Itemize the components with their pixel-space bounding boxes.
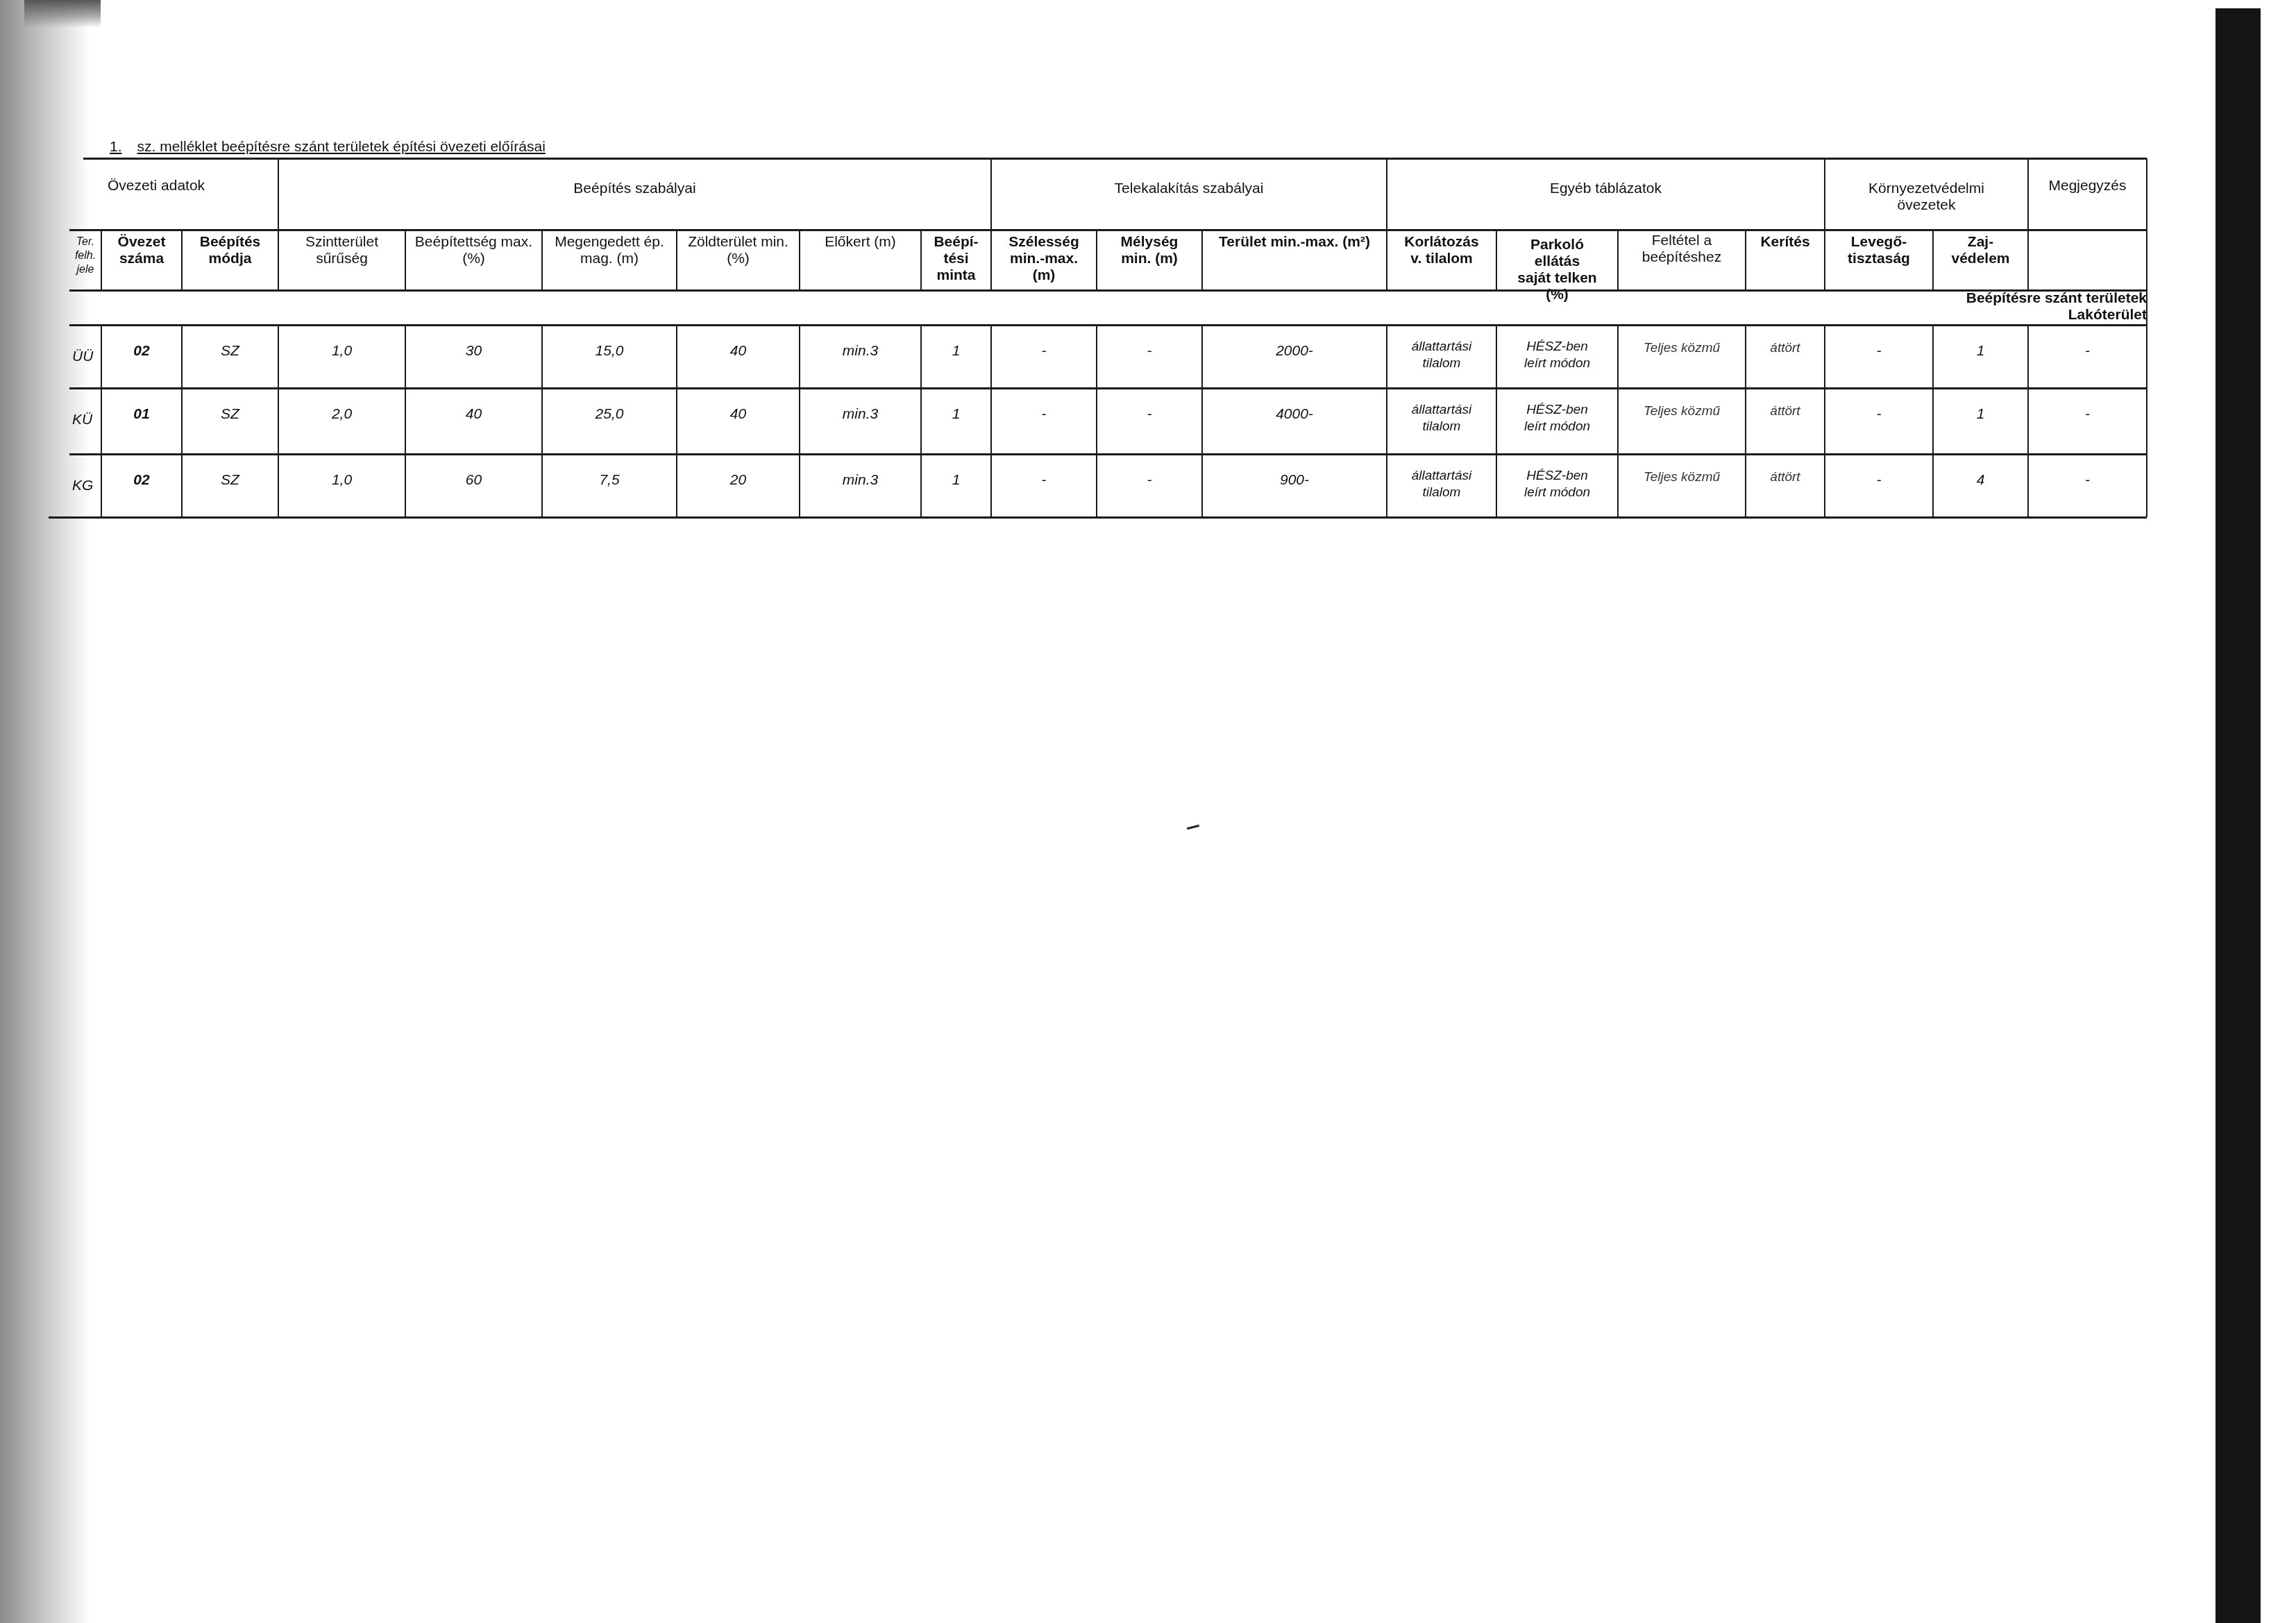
column-divider [2027, 325, 2029, 517]
column-divider [1201, 325, 1203, 517]
column-divider [278, 325, 279, 517]
table-cell: - [2028, 454, 2147, 517]
row-rule [69, 387, 2147, 389]
table-cell: 60 [405, 454, 542, 517]
group-header: Egyéb táblázatok [1387, 158, 1825, 230]
column-divider [990, 325, 992, 517]
column-divider [541, 325, 543, 517]
section-label-line2: Lakóterület [1966, 307, 2147, 323]
column-divider [101, 230, 102, 290]
column-header: Ter. felh. jele [69, 230, 101, 290]
group-header: Megjegyzés [2028, 158, 2147, 230]
column-divider [405, 230, 406, 290]
column-divider [676, 230, 677, 290]
table-cell: 1 [1933, 325, 2028, 388]
column-header-rule [69, 289, 2147, 292]
column-divider [1745, 230, 1746, 290]
table-cell: 25,0 [542, 388, 677, 454]
group-header: Telekalakítás szabályai [991, 158, 1387, 230]
column-divider [1745, 325, 1746, 517]
table-cell: - [991, 388, 1097, 454]
column-divider [799, 230, 800, 290]
column-header: Szintterület sűrűség [278, 230, 405, 290]
table-top-rule [83, 158, 2147, 160]
table-cell: 1 [921, 388, 991, 454]
column-divider [181, 325, 183, 517]
table-cell: - [1825, 388, 1933, 454]
table-cell: 1 [921, 454, 991, 517]
table-right-border [2146, 158, 2147, 517]
table-cell: áttört [1746, 388, 1825, 454]
column-divider [1386, 230, 1387, 290]
column-header: Korlátozás v. tilalom [1387, 230, 1496, 290]
table-cell: 1 [921, 325, 991, 388]
table-cell: KG [69, 454, 101, 517]
table-cell: 4 [1933, 454, 2028, 517]
table-cell: - [991, 454, 1097, 517]
table-cell: 2000- [1202, 325, 1387, 388]
column-header [2028, 230, 2147, 290]
column-divider [1824, 230, 1825, 290]
table-cell: - [1825, 454, 1933, 517]
table-cell: - [2028, 388, 2147, 454]
column-divider [405, 325, 406, 517]
column-header: Szélesség min.-max. (m) [991, 230, 1097, 290]
table-cell: Teljes közmű [1618, 325, 1746, 388]
group-divider [1824, 158, 1825, 230]
column-header: Levegő-tisztaság [1825, 230, 1933, 290]
table-cell: 40 [677, 388, 800, 454]
group-header: Övezeti adatok [69, 158, 278, 230]
table-cell: - [1097, 454, 1202, 517]
table-cell: 900- [1202, 454, 1387, 517]
column-divider [278, 230, 279, 290]
column-divider [541, 230, 543, 290]
table-cell: áttört [1746, 325, 1825, 388]
table-cell: állattartási tilalom [1387, 325, 1496, 388]
table-cell: min.3 [800, 388, 921, 454]
column-divider [2027, 230, 2029, 290]
group-header: Beépítés szabályai [278, 158, 991, 230]
column-header: Övezet száma [101, 230, 182, 290]
table-cell: 02 [101, 325, 182, 388]
column-divider [1932, 230, 1934, 290]
column-header: Kerítés [1746, 230, 1825, 290]
table-cell: áttört [1746, 454, 1825, 517]
column-divider [676, 325, 677, 517]
column-divider [101, 325, 102, 517]
column-header: Parkoló ellátás saját telken (%) [1496, 230, 1618, 290]
table-cell: SZ [182, 454, 278, 517]
column-header: Megengedett ép. mag. (m) [542, 230, 677, 290]
column-header: Terület min.-max. (m²) [1202, 230, 1387, 290]
table-cell: - [2028, 325, 2147, 388]
table-cell: 2,0 [278, 388, 405, 454]
column-header: Előkert (m) [800, 230, 921, 290]
column-divider [1617, 230, 1619, 290]
table-cell: min.3 [800, 325, 921, 388]
column-divider [799, 325, 800, 517]
column-header: Beépí-tési minta [921, 230, 991, 290]
table-cell: 4000- [1202, 388, 1387, 454]
group-header-rule [69, 229, 2147, 231]
column-divider [1496, 325, 1497, 517]
group-divider [278, 158, 279, 230]
table-cell: - [1097, 325, 1202, 388]
table-cell: min.3 [800, 454, 921, 517]
group-divider [1386, 158, 1387, 230]
column-divider [990, 230, 992, 290]
table-cell: 1,0 [278, 325, 405, 388]
table-cell: KÜ [69, 388, 101, 454]
table-cell: HÉSZ-ben leírt módon [1496, 325, 1618, 388]
group-header: Környezetvédelmi övezetek [1825, 158, 2028, 230]
table-cell: - [991, 325, 1097, 388]
column-header: Beépítettség max. (%) [405, 230, 542, 290]
column-divider [1201, 230, 1203, 290]
column-divider [1096, 230, 1097, 290]
table-cell: 02 [101, 454, 182, 517]
table-cell: - [1825, 325, 1933, 388]
zoning-table: Övezeti adatokBeépítés szabályaiTelekala… [0, 0, 2296, 1623]
table-cell: 1 [1933, 388, 2028, 454]
row-rule [69, 453, 2147, 455]
table-cell: HÉSZ-ben leírt módon [1496, 454, 1618, 517]
column-divider [920, 325, 922, 517]
column-header: Beépítés módja [182, 230, 278, 290]
column-header: Feltétel a beépítéshez [1618, 230, 1746, 290]
column-header: Zöldterület min. (%) [677, 230, 800, 290]
group-divider [990, 158, 992, 230]
column-divider [1617, 325, 1619, 517]
table-cell: Teljes közmű [1618, 454, 1746, 517]
table-cell: SZ [182, 325, 278, 388]
table-cell: 20 [677, 454, 800, 517]
table-cell: 40 [677, 325, 800, 388]
column-divider [1496, 230, 1497, 290]
table-cell: ÜÜ [69, 325, 101, 388]
table-cell: 30 [405, 325, 542, 388]
column-divider [920, 230, 922, 290]
column-divider [181, 230, 183, 290]
table-cell: - [1097, 388, 1202, 454]
table-cell: Teljes közmű [1618, 388, 1746, 454]
table-cell: állattartási tilalom [1387, 454, 1496, 517]
table-cell: 01 [101, 388, 182, 454]
column-divider [1932, 325, 1934, 517]
group-divider [2027, 158, 2029, 230]
table-cell: 40 [405, 388, 542, 454]
table-cell: 1,0 [278, 454, 405, 517]
table-cell: HÉSZ-ben leírt módon [1496, 388, 1618, 454]
section-label: Beépítésre szánt területek Lakóterület [1966, 290, 2147, 323]
section-label-line1: Beépítésre szánt területek [1966, 290, 2147, 307]
table-cell: állattartási tilalom [1387, 388, 1496, 454]
table-cell: 7,5 [542, 454, 677, 517]
section-rule [69, 324, 2147, 326]
table-cell: SZ [182, 388, 278, 454]
column-header: Zaj-védelem [1933, 230, 2028, 290]
table-bottom-rule [49, 516, 2147, 519]
table-cell: 15,0 [542, 325, 677, 388]
column-divider [1824, 325, 1825, 517]
column-divider [1386, 325, 1387, 517]
column-divider [1096, 325, 1097, 517]
column-header: Mélység min. (m) [1097, 230, 1202, 290]
